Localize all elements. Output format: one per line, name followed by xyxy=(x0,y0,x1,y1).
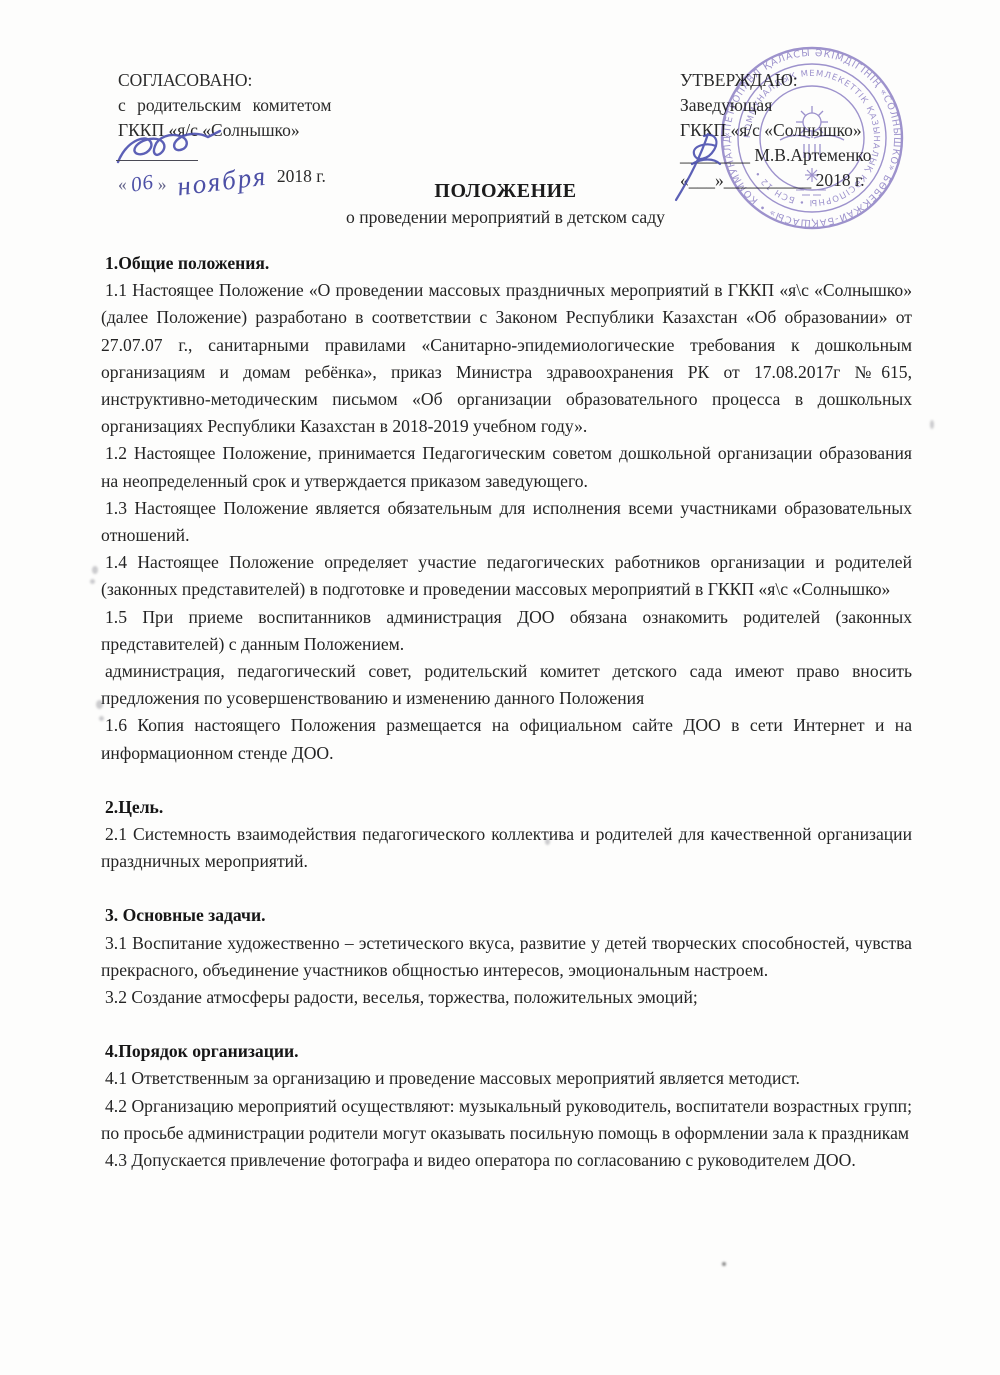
approve-position: Заведующая xyxy=(680,93,915,118)
document-body: 1.Общие положения. 1.1 Настоящее Положен… xyxy=(101,250,912,1174)
section-2-heading: 2.Цель. xyxy=(101,794,912,821)
signature-line-left xyxy=(116,160,198,161)
agreed-label: СОГЛАСОВАНО: xyxy=(118,68,448,93)
clause-1-5a: администрация, педагогический совет, род… xyxy=(101,658,912,712)
clause-1-5: 1.5 При приеме воспитанников администрац… xyxy=(101,604,912,658)
document-page: СОГЛАСОВАНО: с родительским комитетом ГК… xyxy=(0,0,1000,1375)
clause-4-2: 4.2 Организацию мероприятий осуществляют… xyxy=(101,1093,912,1147)
scan-speck xyxy=(930,420,934,429)
section-4-heading: 4.Порядок организации. xyxy=(101,1038,912,1065)
clause-1-1: 1.1 Настоящее Положение «О проведении ма… xyxy=(101,277,912,440)
approve-sign-line: ________ М.В.Артеменко xyxy=(680,143,915,168)
clause-3-1: 3.1 Воспитание художественно – эстетичес… xyxy=(101,930,912,984)
clause-1-4: 1.4 Настоящее Положение определяет участ… xyxy=(101,549,912,603)
approve-label: УТВЕРЖДАЮ: xyxy=(680,68,915,93)
clause-4-1: 4.1 Ответственным за организацию и прове… xyxy=(101,1065,912,1092)
document-subtitle: о проведении мероприятий в детском саду xyxy=(100,207,911,228)
clause-1-6: 1.6 Копия настоящего Положения размещает… xyxy=(101,712,912,766)
section-1-heading: 1.Общие положения. xyxy=(101,250,912,277)
clause-1-3: 1.3 Настоящее Положение является обязате… xyxy=(101,495,912,549)
clause-3-2: 3.2 Создание атмосферы радости, веселья,… xyxy=(101,984,912,1011)
approve-org: ГККП «я/с «Солнышко» xyxy=(680,118,915,143)
scan-speck xyxy=(92,566,98,574)
agreed-block: СОГЛАСОВАНО: с родительским комитетом ГК… xyxy=(118,68,448,143)
agreed-committee: с родительским комитетом xyxy=(118,93,448,118)
approver-name: М.В.Артеменко xyxy=(754,145,871,165)
scan-speck xyxy=(545,838,550,845)
title-block: ПОЛОЖЕНИЕ о проведении мероприятий в дет… xyxy=(100,180,911,228)
approve-block: УТВЕРЖДАЮ: Заведующая ГККП «я/с «Солнышк… xyxy=(680,68,915,193)
clause-1-2: 1.2 Настоящее Положение, принимается Пед… xyxy=(101,440,912,494)
section-3-heading: 3. Основные задачи. xyxy=(101,902,912,929)
scan-speck xyxy=(99,716,104,721)
sign-blank: ________ xyxy=(680,145,750,165)
agreed-org: ГККП «я/с «Солнышко» xyxy=(118,118,448,143)
scan-speck xyxy=(722,1262,726,1266)
document-title: ПОЛОЖЕНИЕ xyxy=(100,180,911,203)
scan-speck xyxy=(96,700,103,709)
clause-2-1: 2.1 Системность взаимодействия педагогич… xyxy=(101,821,912,875)
clause-4-3: 4.3 Допускается привлечение фотографа и … xyxy=(101,1147,912,1174)
scan-speck xyxy=(90,579,95,584)
